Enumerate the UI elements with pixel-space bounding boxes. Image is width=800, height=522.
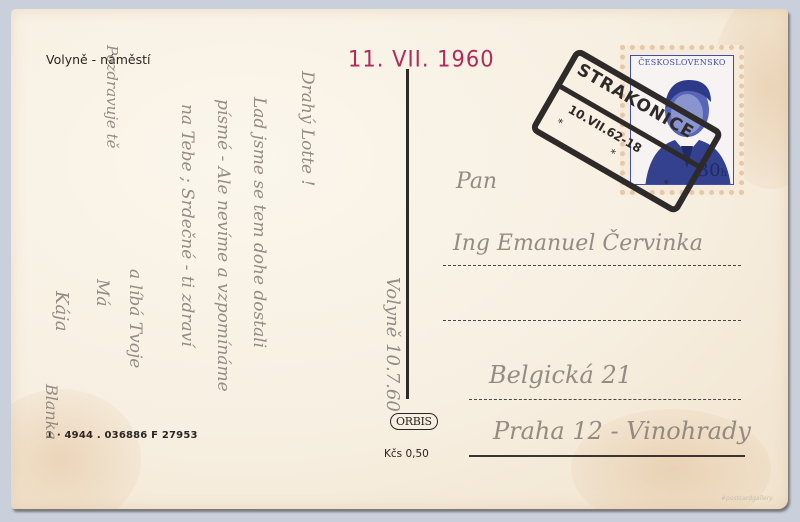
message-line: písmé - Ale nevíme a vzpomínáme [213, 99, 233, 392]
age-stain [11, 389, 141, 509]
message-greeting: Drahý Lotte ! [297, 71, 317, 186]
center-divider [406, 69, 409, 399]
red-date-stamp: 11. VII. 1960 [348, 46, 495, 71]
message-line: na Tebe ; Srdečné - ti zdraví [177, 104, 197, 347]
address-line-3 [469, 399, 741, 400]
message-signature: Kája [51, 291, 72, 332]
address-line-2 [443, 320, 741, 321]
publisher-logo: ORBIS [390, 413, 438, 430]
watermark: #postcardgallery [721, 495, 773, 502]
postcard-back: Volyně - náměstí 1 · 4944 . 036886 F 279… [11, 9, 788, 509]
catalog-number: 1 · 4944 . 036886 F 27953 [46, 430, 198, 441]
message-line: Lad jsme se tem dohe dostali [249, 97, 269, 348]
stamp-country: ČESKOSLOVENSKO [631, 58, 733, 67]
address-salutation: Pan [456, 169, 497, 194]
address-street: Belgická 21 [489, 361, 632, 389]
address-name: Ing Emanuel Červinka [453, 231, 703, 256]
place-date: Volyně 10.7.60 [382, 277, 403, 412]
message-signature: Blanka [42, 384, 61, 440]
printed-title: Volyně - náměstí [46, 52, 151, 67]
address-line-1 [443, 265, 741, 266]
margin-note: Pozdravuje tě [103, 45, 121, 148]
message-line: Má [92, 279, 112, 307]
address-line-4 [469, 455, 745, 457]
address-city: Praha 12 - Vinohrady [493, 417, 751, 445]
message-line: a líbá Tvoje [125, 269, 145, 368]
price-label: Kčs 0,50 [384, 448, 429, 460]
